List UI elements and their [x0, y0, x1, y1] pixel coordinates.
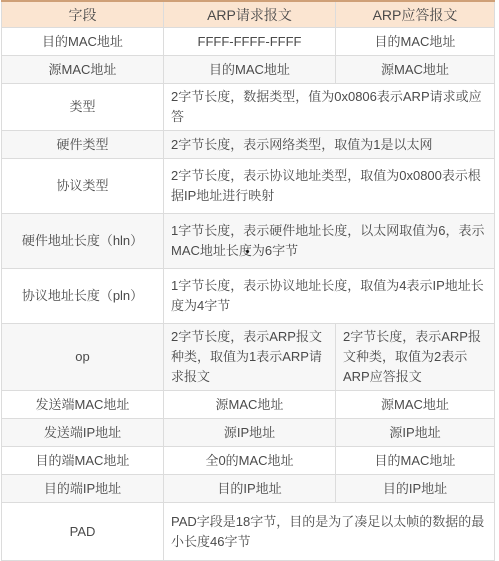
table-row: op2字节长度，表示ARP报文种类，取值为1表示ARP请求报文2字节长度，表示A… [2, 324, 495, 391]
request-cell: 目的IP地址 [164, 475, 336, 503]
field-cell: 目的端IP地址 [2, 475, 164, 503]
table-row: 发送端IP地址源IP地址源IP地址 [2, 419, 495, 447]
table-row: 类型2字节长度，数据类型，值为0x0806表示ARP请求或应答 [2, 84, 495, 131]
description-cell: 2字节长度，表示协议地址类型，取值为0x0800表示根据IP地址进行映射 [164, 159, 495, 214]
table-row: 源MAC地址目的MAC地址源MAC地址 [2, 56, 495, 84]
table-row: 硬件类型2字节长度，表示网络类型，取值为1是以太网 [2, 131, 495, 159]
reply-cell: 2字节长度，表示ARP报文种类，取值为2表示ARP应答报文 [336, 324, 495, 391]
field-cell: PAD [2, 503, 164, 561]
table-row: 目的端IP地址目的IP地址目的IP地址 [2, 475, 495, 503]
stray-dot-artifact [246, 250, 249, 253]
header-row: 字段 ARP请求报文 ARP应答报文 [2, 1, 495, 28]
field-cell: 发送端IP地址 [2, 419, 164, 447]
description-cell: 2字节长度，数据类型，值为0x0806表示ARP请求或应答 [164, 84, 495, 131]
table-row: 目的端MAC地址全0的MAC地址目的MAC地址 [2, 447, 495, 475]
field-cell: 协议类型 [2, 159, 164, 214]
reply-cell: 源IP地址 [336, 419, 495, 447]
column-header-arp-reply: ARP应答报文 [336, 1, 495, 28]
field-cell: op [2, 324, 164, 391]
reply-cell: 目的MAC地址 [336, 28, 495, 56]
request-cell: 全0的MAC地址 [164, 447, 336, 475]
table-row: 硬件地址长度（hln）1字节长度，表示硬件地址长度，以太网取值为6，表示MAC地… [2, 214, 495, 269]
table-row: 协议地址长度（pln）1字节长度，表示协议地址长度，取值为4表示IP地址长度为4… [2, 269, 495, 324]
request-cell: 源IP地址 [164, 419, 336, 447]
reply-cell: 目的IP地址 [336, 475, 495, 503]
request-cell: FFFF-FFFF-FFFF [164, 28, 336, 56]
field-cell: 协议地址长度（pln） [2, 269, 164, 324]
table-row: 协议类型2字节长度，表示协议地址类型，取值为0x0800表示根据IP地址进行映射 [2, 159, 495, 214]
request-cell: 2字节长度，表示ARP报文种类，取值为1表示ARP请求报文 [164, 324, 336, 391]
field-cell: 目的MAC地址 [2, 28, 164, 56]
arp-packet-table: 字段 ARP请求报文 ARP应答报文 目的MAC地址FFFF-FFFF-FFFF… [1, 0, 495, 561]
request-cell: 源MAC地址 [164, 391, 336, 419]
reply-cell: 目的MAC地址 [336, 447, 495, 475]
field-cell: 硬件地址长度（hln） [2, 214, 164, 269]
request-cell: 目的MAC地址 [164, 56, 336, 84]
field-cell: 硬件类型 [2, 131, 164, 159]
field-cell: 类型 [2, 84, 164, 131]
field-cell: 源MAC地址 [2, 56, 164, 84]
description-cell: 1字节长度，表示协议地址长度，取值为4表示IP地址长度为4字节 [164, 269, 495, 324]
reply-cell: 源MAC地址 [336, 391, 495, 419]
reply-cell: 源MAC地址 [336, 56, 495, 84]
table-row: PADPAD字段是18字节，目的是为了凑足以太帧的数据的最小长度46字节 [2, 503, 495, 561]
field-cell: 目的端MAC地址 [2, 447, 164, 475]
field-cell: 发送端MAC地址 [2, 391, 164, 419]
description-cell: PAD字段是18字节，目的是为了凑足以太帧的数据的最小长度46字节 [164, 503, 495, 561]
table-row: 发送端MAC地址源MAC地址源MAC地址 [2, 391, 495, 419]
column-header-arp-request: ARP请求报文 [164, 1, 336, 28]
table-row: 目的MAC地址FFFF-FFFF-FFFF目的MAC地址 [2, 28, 495, 56]
column-header-field: 字段 [2, 1, 164, 28]
description-cell: 2字节长度，表示网络类型，取值为1是以太网 [164, 131, 495, 159]
description-cell: 1字节长度，表示硬件地址长度，以太网取值为6，表示MAC地址长度为6字节 [164, 214, 495, 269]
